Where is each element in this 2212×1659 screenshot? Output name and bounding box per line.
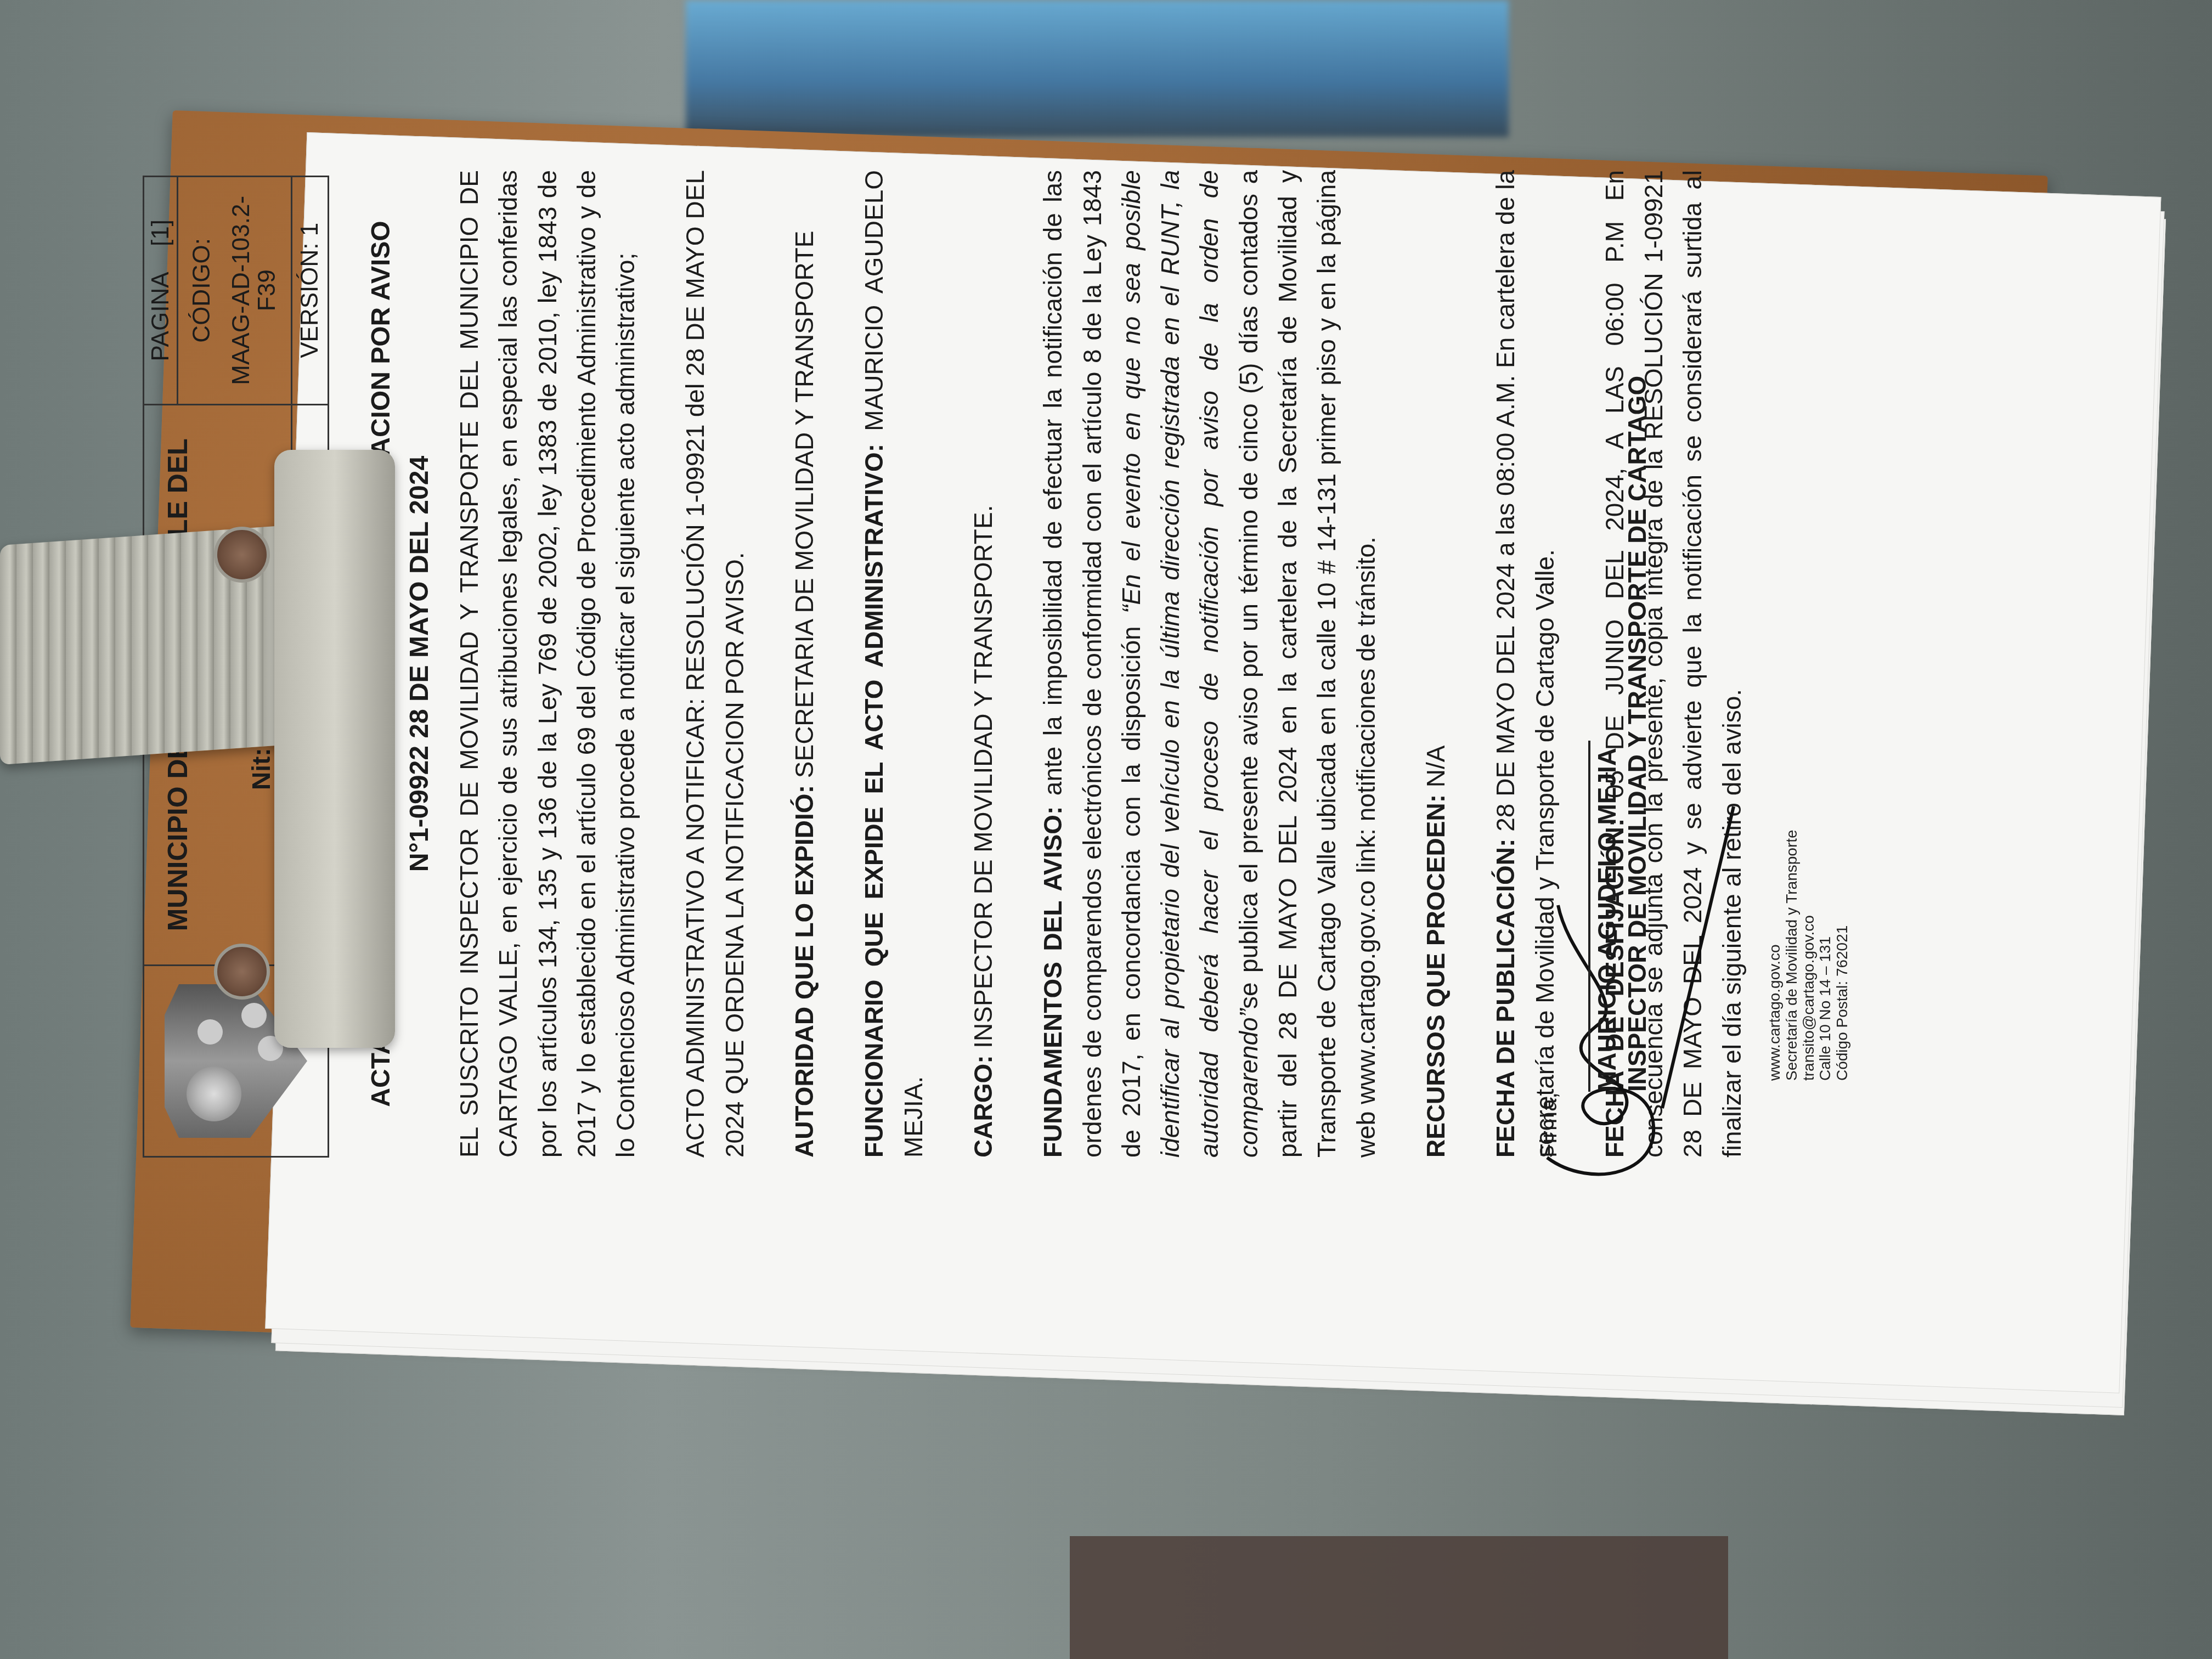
recursos-label: RECURSOS QUE PROCEDEN: [1421, 794, 1450, 1158]
footer-email: transito@cartago.gov.co [1801, 830, 1818, 1081]
publicacion-label: FECHA DE PUBLICACIÓN: [1491, 839, 1520, 1158]
cargo-label: CARGO: [969, 1055, 997, 1158]
acto-paragraph: ACTO ADMINISTRATIVO A NOTIFICAR: RESOLUC… [676, 170, 754, 1158]
cargo-paragraph: CARGO: INSPECTOR DE MOVILIDAD Y TRANSPOR… [964, 170, 1003, 1158]
rivet-icon [214, 527, 270, 583]
fleur-icon [198, 1019, 223, 1045]
background-furniture [1070, 1536, 1728, 1659]
footer-office: Secretaría de Movilidad y Transporte [1784, 830, 1801, 1081]
funcionario-label: FUNCIONARIO QUE EXPIDE EL ACTO ADMINISTR… [860, 444, 888, 1158]
signer-name: MAURICIO AGUDELO MEJIA [1594, 748, 1621, 1092]
clip-lever [274, 450, 395, 1048]
autoridad-paragraph: AUTORIDAD QUE LO EXPIDIÓ: SECRETARIA DE … [785, 170, 824, 1158]
cargo-value: INSPECTOR DE MOVILIDAD Y TRANSPORTE. [969, 505, 997, 1056]
recursos-paragraph: RECURSOS QUE PROCEDEN: N/A [1417, 170, 1455, 1158]
recursos-value: N/A [1421, 746, 1450, 794]
sun-emblem-icon [187, 1066, 241, 1121]
footer-address: Calle 10 No 14 – 131 [1817, 830, 1834, 1081]
funcionario-paragraph: FUNCIONARIO QUE EXPIDE EL ACTO ADMINISTR… [855, 170, 933, 1158]
code-cell: CÓDIGO: MAAG-AD-103.2-F39 [177, 177, 291, 405]
footer-postal-code: Código Postal: 762021 [1834, 830, 1851, 1081]
code-label: CÓDIGO: [189, 182, 215, 399]
contact-footer: www.cartago.gov.co Secretaría de Movilid… [1767, 830, 1851, 1081]
clipboard-clip [0, 450, 538, 845]
fleur-icon [241, 1003, 267, 1028]
rivet-icon [214, 944, 270, 1000]
autoridad-value: SECRETARIA DE MOVILIDAD Y TRANSPORTE [790, 230, 819, 785]
code-value: MAAG-AD-103.2-F39 [228, 182, 280, 399]
page-number: [1] [147, 219, 174, 246]
autoridad-label: AUTORIDAD QUE LO EXPIDIÓ: [790, 785, 819, 1158]
fundamentos-paragraph: FUNDAMENTOS DEL AVISO: ante la imposibil… [1034, 170, 1386, 1158]
signer-role: INSPECTOR DE MOVILIDAD Y TRANSPORTE DE C… [1624, 376, 1651, 1092]
page-cell: PAGINA [1] [144, 177, 178, 405]
version: VERSIÓN: 1 [291, 177, 328, 405]
fundamentos-label: FUNDAMENTOS DEL AVISO: [1039, 806, 1067, 1158]
signature-block: Firma, MAURICIO AGUDELO MEJIA INSPECTOR … [1536, 170, 1561, 1158]
page-label: PAGINA [147, 273, 174, 362]
signature-line [1588, 741, 1590, 1092]
footer-website: www.cartago.gov.co [1767, 830, 1784, 1081]
